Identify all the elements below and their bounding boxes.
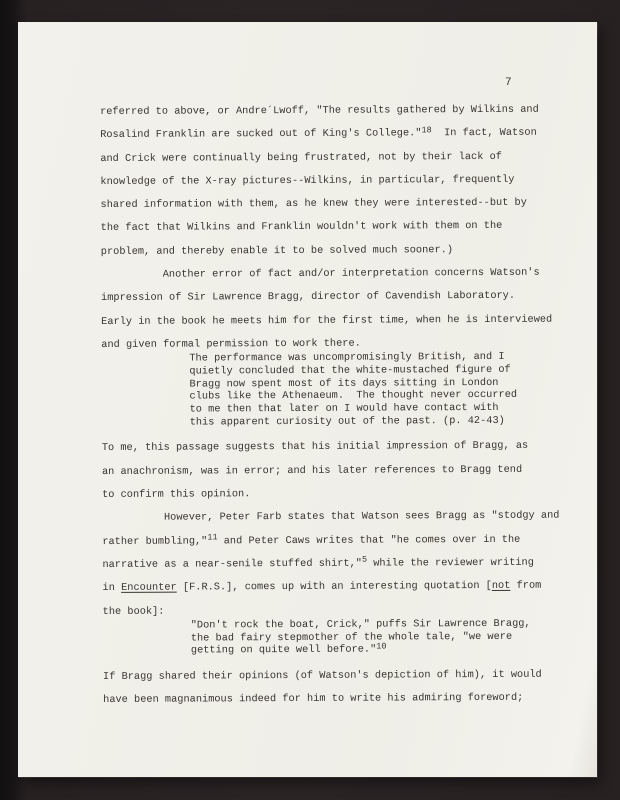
text-segment: and Peter Caws writes that "he comes ove… — [218, 533, 521, 547]
text-line: Early in the book he meets him for the f… — [101, 308, 581, 334]
text-segment: narrative as a near-senile stuffed shirt… — [102, 558, 362, 571]
text-line: in Encounter [F.R.S.], comes up with an … — [102, 575, 582, 601]
text-line: knowledge of the X-ray pictures--Wilkins… — [100, 168, 580, 194]
text-line: If Bragg shared their opinions (of Watso… — [103, 663, 583, 689]
text-segment: from — [510, 580, 541, 592]
text-segment: and given formal permission to work ther… — [101, 338, 361, 351]
text-segment: Another error of fact and/or interpretat… — [101, 267, 540, 281]
text-segment: referred to above, or Andre´Lwoff, "The … — [100, 104, 539, 118]
footnote-reference: 10 — [376, 641, 386, 651]
text-segment: getting on quite well before." — [191, 644, 376, 657]
text-segment: knowledge of the X-ray pictures--Wilkins… — [100, 174, 514, 188]
text-segment: rather bumbling," — [102, 535, 207, 548]
text-segment: the bad fairy stepmother of the whole ta… — [191, 630, 512, 644]
text-line: However, Peter Farb states that Watson s… — [102, 505, 582, 531]
text-segment: the fact that Wilkins and Franklin would… — [101, 220, 503, 234]
text-segment: quietly concluded that the white-mustach… — [189, 364, 510, 378]
text-segment: problem, and thereby enable it to be sol… — [101, 244, 453, 258]
text-segment: shared information with them, as he knew… — [101, 197, 527, 211]
text-segment: while the reviewer writing — [367, 557, 534, 570]
text-segment: clubs like the Athenaeum. The thought ne… — [190, 389, 518, 403]
text-line: have been magnanimous indeed for him to … — [103, 687, 583, 713]
text-segment: to confirm this opinion. — [102, 488, 250, 501]
underlined-text: Encounter — [121, 582, 177, 594]
text-segment: this apparent curiosity out of the past.… — [190, 415, 505, 429]
page-content: referred to above, or Andre´Lwoff, "The … — [100, 98, 583, 712]
paragraph: referred to above, or Andre´Lwoff, "The … — [100, 98, 581, 264]
text-line: to confirm this opinion. — [102, 482, 582, 508]
text-segment: If Bragg shared their opinions (of Watso… — [103, 669, 542, 683]
document-page: 7 referred to above, or Andre´Lwoff, "Th… — [18, 22, 597, 777]
text-line: an anachronism, was in error; and his la… — [102, 458, 582, 484]
text-line: impression of Sir Lawrence Bragg, direct… — [101, 285, 581, 311]
text-line: problem, and thereby enable it to be sol… — [101, 238, 581, 264]
footnote-reference: 5 — [362, 555, 367, 565]
text-line: Rosalind Franklin are sucked out of King… — [100, 122, 580, 148]
text-segment: "Don't rock the boat, Crick," puffs Sir … — [191, 618, 531, 632]
text-line: referred to above, or Andre´Lwoff, "The … — [100, 98, 580, 124]
text-segment: Early in the book he meets him for the f… — [101, 313, 552, 327]
paragraph: If Bragg shared their opinions (of Watso… — [103, 663, 583, 712]
text-segment: In fact, Watson — [432, 127, 537, 140]
text-segment: [F.R.S.], comes up with an interesting q… — [177, 580, 492, 594]
text-line: narrative as a near-senile stuffed shirt… — [102, 551, 582, 577]
text-segment: have been magnanimous indeed for him to … — [103, 692, 523, 706]
text-line: rather bumbling,"11 and Peter Caws write… — [102, 528, 582, 554]
blockquote: "Don't rock the boat, Crick," puffs Sir … — [191, 617, 583, 657]
paragraph: However, Peter Farb states that Watson s… — [102, 505, 583, 624]
text-segment: an anachronism, was in error; and his la… — [102, 464, 522, 478]
text-segment: Bragg now spent most of its days sitting… — [189, 377, 498, 391]
text-line: getting on quite well before."10 — [191, 643, 583, 658]
paragraph: Another error of fact and/or interpretat… — [101, 262, 581, 358]
text-segment: impression of Sir Lawrence Bragg, direct… — [101, 290, 515, 304]
blockquote: The performance was uncompromisingly Bri… — [189, 351, 581, 429]
text-segment: To me, this passage suggests that his in… — [102, 440, 528, 454]
text-segment: The performance was uncompromisingly Bri… — [189, 351, 504, 365]
underlined-text: not — [492, 580, 511, 592]
text-segment: and Crick were continually being frustra… — [100, 150, 502, 164]
text-line: shared information with them, as he knew… — [100, 192, 580, 218]
text-segment: to me then that later on I would have co… — [190, 402, 499, 416]
text-segment: Rosalind Franklin are sucked out of King… — [100, 128, 421, 142]
footnote-reference: 18 — [421, 125, 431, 135]
text-line: To me, this passage suggests that his in… — [102, 435, 582, 461]
text-segment: in — [103, 582, 122, 594]
text-line: this apparent curiosity out of the past.… — [190, 414, 582, 429]
text-line: "Don't rock the boat, Crick," puffs Sir … — [191, 617, 583, 632]
text-line: Another error of fact and/or interpretat… — [101, 262, 581, 288]
text-segment: However, Peter Farb states that Watson s… — [102, 510, 559, 524]
paragraph: To me, this passage suggests that his in… — [102, 435, 582, 507]
text-line: the fact that Wilkins and Franklin would… — [101, 215, 581, 241]
page-number: 7 — [505, 77, 512, 89]
text-segment: the book]: — [103, 605, 165, 617]
photo-background: 7 referred to above, or Andre´Lwoff, "Th… — [0, 0, 620, 800]
text-line: and Crick were continually being frustra… — [100, 145, 580, 171]
footnote-reference: 11 — [207, 533, 217, 543]
